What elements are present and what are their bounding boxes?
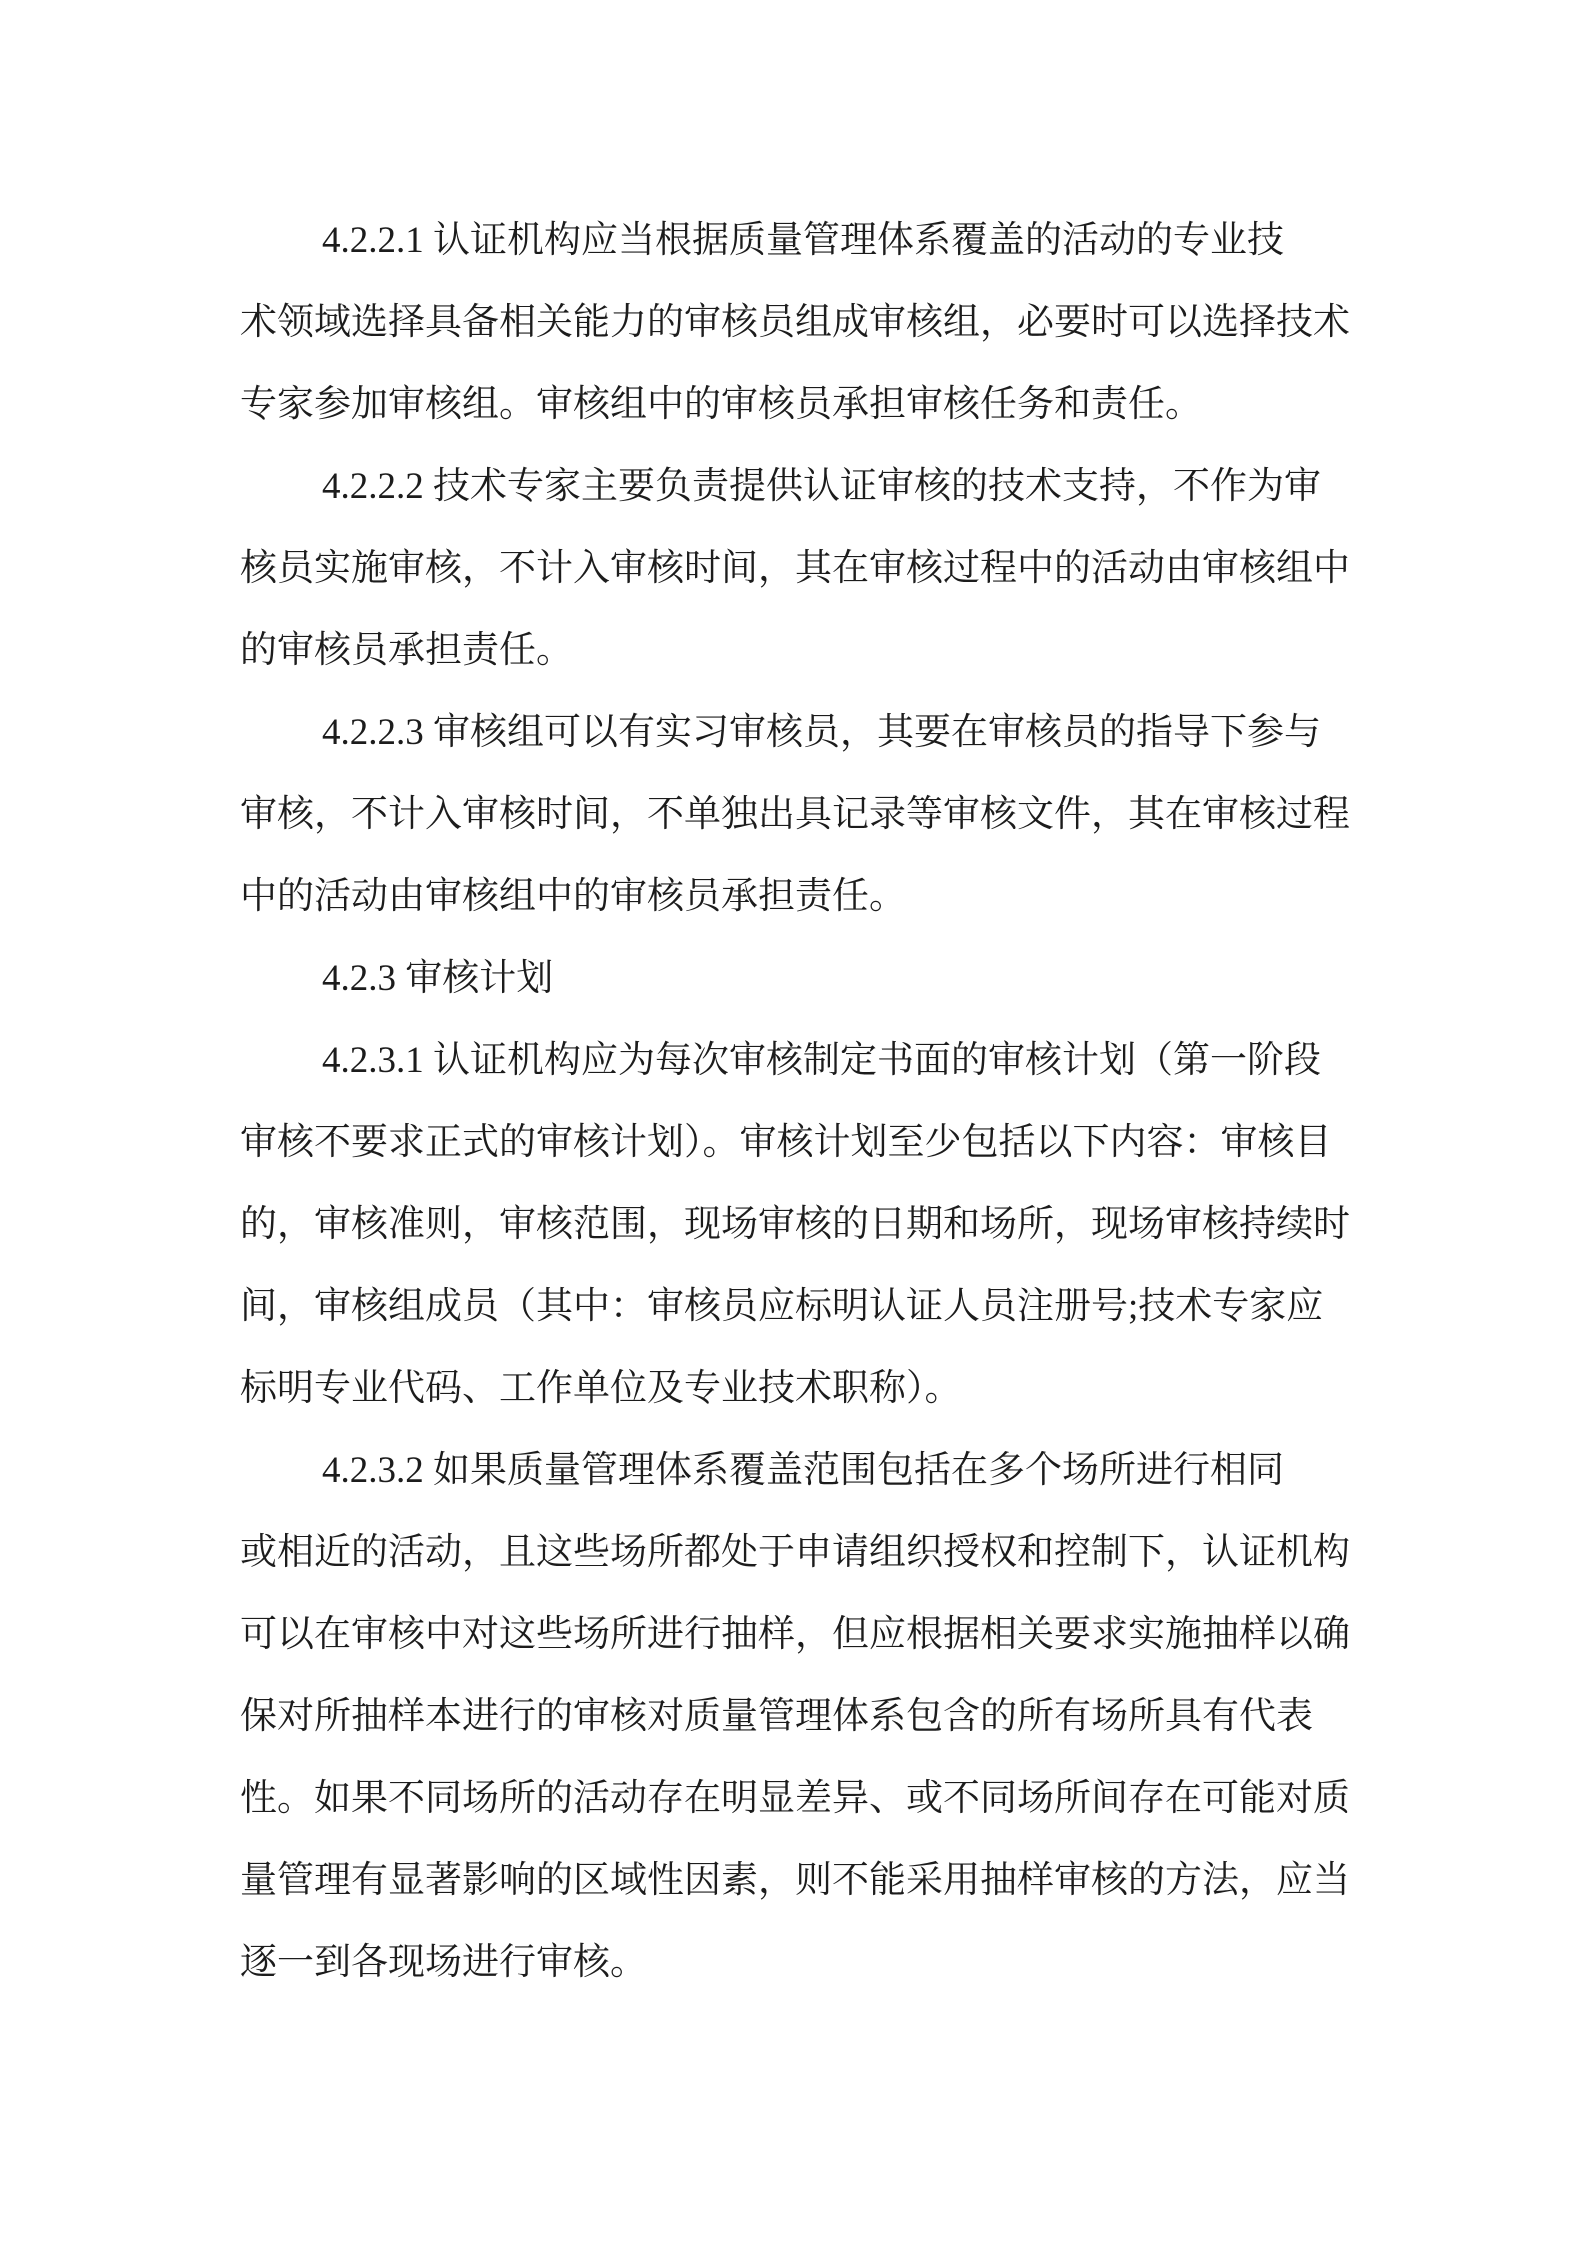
paragraph-line: 4.2.2.2 技术专家主要负责提供认证审核的技术支持，不作为审: [240, 446, 1360, 528]
paragraph-line: 可以在审核中对这些场所进行抽样，但应根据相关要求实施抽样以确: [240, 1594, 1360, 1676]
paragraph-line: 保对所抽样本进行的审核对质量管理体系包含的所有场所具有代表: [240, 1676, 1360, 1758]
heading-4-2-3: 4.2.3 审核计划: [240, 938, 1360, 1020]
paragraph-line: 术领域选择具备相关能力的审核员组成审核组，必要时可以选择技术: [240, 282, 1360, 364]
paragraph-line: 的审核员承担责任。: [240, 610, 1360, 692]
paragraph-line: 核员实施审核，不计入审核时间，其在审核过程中的活动由审核组中: [240, 528, 1360, 610]
paragraph-line: 间，审核组成员（其中：审核员应标明认证人员注册号;技术专家应: [240, 1266, 1360, 1348]
paragraph-line: 4.2.3 审核计划: [240, 938, 1360, 1020]
document-page: 4.2.2.1 认证机构应当根据质量管理体系覆盖的活动的专业技 术领域选择具备相…: [0, 0, 1587, 2245]
paragraph-4-2-3-2: 4.2.3.2 如果质量管理体系覆盖范围包括在多个场所进行相同 或相近的活动，且…: [240, 1430, 1360, 2004]
paragraph-4-2-2-3: 4.2.2.3 审核组可以有实习审核员，其要在审核员的指导下参与 审核，不计入审…: [240, 692, 1360, 938]
paragraph-4-2-2-2: 4.2.2.2 技术专家主要负责提供认证审核的技术支持，不作为审 核员实施审核，…: [240, 446, 1360, 692]
paragraph-line: 审核，不计入审核时间，不单独出具记录等审核文件，其在审核过程: [240, 774, 1360, 856]
paragraph-line: 逐一到各现场进行审核。: [240, 1922, 1360, 2004]
paragraph-line: 标明专业代码、工作单位及专业技术职称）。: [240, 1348, 1360, 1430]
document-text-block: 4.2.2.1 认证机构应当根据质量管理体系覆盖的活动的专业技 术领域选择具备相…: [240, 200, 1360, 2004]
paragraph-4-2-2-1: 4.2.2.1 认证机构应当根据质量管理体系覆盖的活动的专业技 术领域选择具备相…: [240, 200, 1360, 446]
paragraph-line: 中的活动由审核组中的审核员承担责任。: [240, 856, 1360, 938]
paragraph-line: 的，审核准则，审核范围，现场审核的日期和场所，现场审核持续时: [240, 1184, 1360, 1266]
paragraph-line: 4.2.2.3 审核组可以有实习审核员，其要在审核员的指导下参与: [240, 692, 1360, 774]
paragraph-line: 4.2.3.2 如果质量管理体系覆盖范围包括在多个场所进行相同: [240, 1430, 1360, 1512]
paragraph-line: 4.2.3.1 认证机构应为每次审核制定书面的审核计划（第一阶段: [240, 1020, 1360, 1102]
paragraph-line: 专家参加审核组。审核组中的审核员承担审核任务和责任。: [240, 364, 1360, 446]
paragraph-line: 量管理有显著影响的区域性因素，则不能采用抽样审核的方法，应当: [240, 1840, 1360, 1922]
paragraph-line: 审核不要求正式的审核计划）。审核计划至少包括以下内容：审核目: [240, 1102, 1360, 1184]
paragraph-4-2-3-1: 4.2.3.1 认证机构应为每次审核制定书面的审核计划（第一阶段 审核不要求正式…: [240, 1020, 1360, 1430]
paragraph-line: 或相近的活动，且这些场所都处于申请组织授权和控制下，认证机构: [240, 1512, 1360, 1594]
paragraph-line: 性。如果不同场所的活动存在明显差异、或不同场所间存在可能对质: [240, 1758, 1360, 1840]
paragraph-line: 4.2.2.1 认证机构应当根据质量管理体系覆盖的活动的专业技: [240, 200, 1360, 282]
